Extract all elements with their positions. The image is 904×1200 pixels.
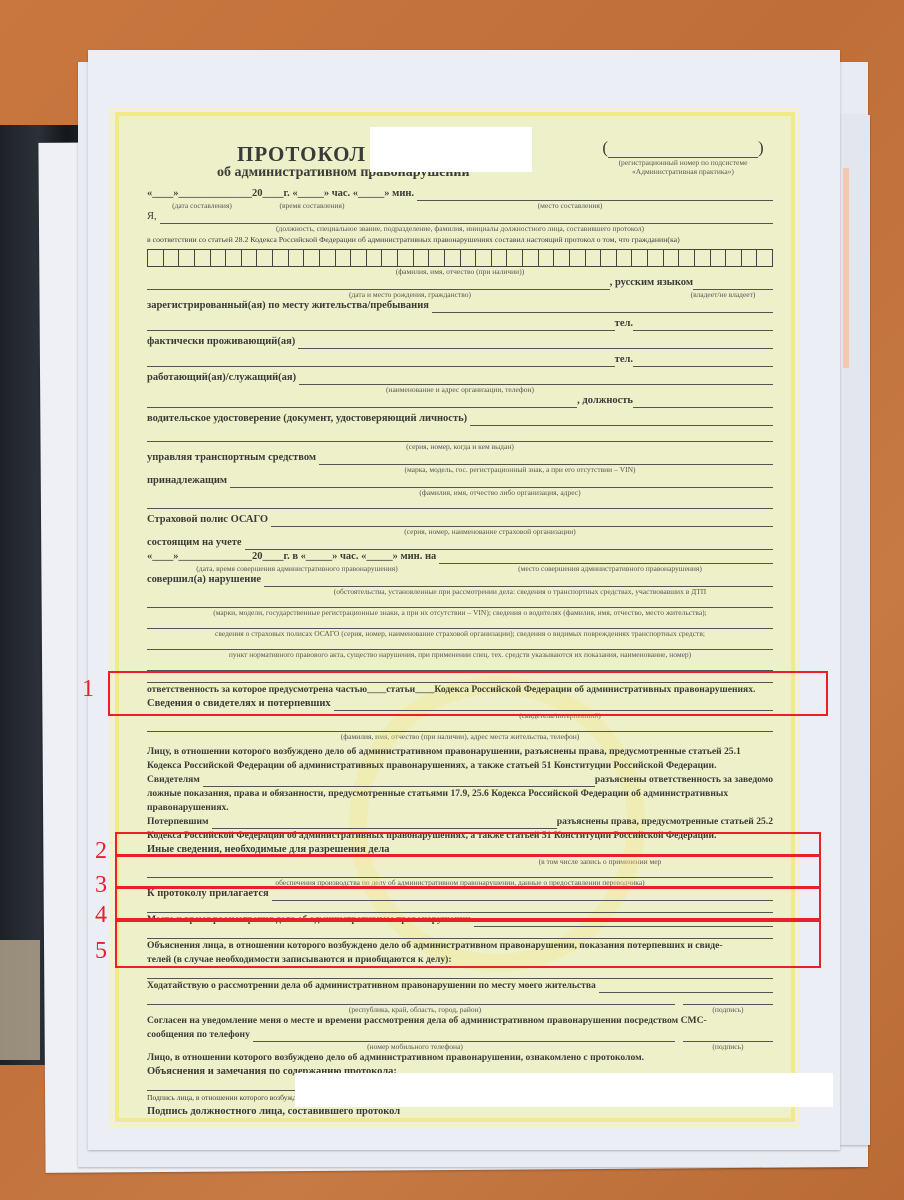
annotation-box-3 [115, 855, 821, 888]
officer-row: Я, [147, 210, 773, 224]
annotation-number-2: 2 [95, 838, 107, 865]
rights-text: Лицу, в отношении которого возбуждено де… [147, 745, 773, 759]
sms-consent-text: Согласен на уведомление меня о месте и в… [147, 1014, 773, 1028]
annotation-number-5: 5 [95, 938, 107, 965]
folder-corner [0, 940, 40, 1060]
name-cells[interactable] [147, 249, 773, 267]
annotation-number-4: 4 [95, 902, 107, 929]
pink-sheet-edge [843, 168, 849, 368]
redacted-footer [295, 1073, 833, 1107]
registration-number: () (регистрационный номер по подсистеме … [593, 138, 773, 176]
annotation-number-1: 1 [82, 676, 94, 703]
protocol-form: ПРОТОКОЛ об административном правонаруше… [115, 112, 795, 1122]
annotation-box-4 [115, 887, 821, 920]
redacted-number [370, 127, 532, 172]
date-row: «____»______________20____г. «_____» час… [147, 187, 773, 201]
petition-text: Ходатайствую о рассмотрении дела об адми… [147, 979, 773, 993]
annotation-box-1 [108, 671, 828, 716]
annotation-box-5 [115, 920, 821, 968]
annotation-box-2 [115, 832, 821, 856]
annotation-number-3: 3 [95, 872, 107, 899]
